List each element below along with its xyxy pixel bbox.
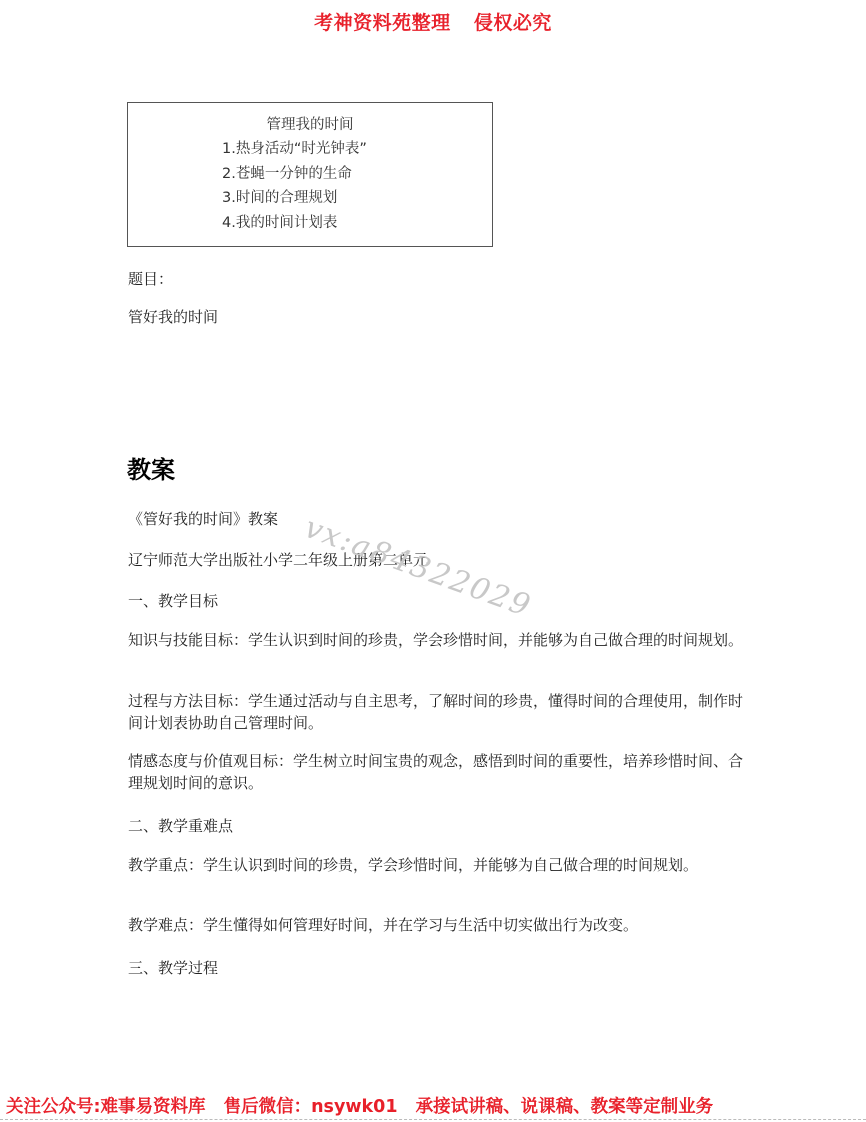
- paragraph-emotion-values: 情感态度与价值观目标：学生树立时间宝贵的观念，感悟到时间的重要性，培养珍惜时间、…: [128, 750, 743, 794]
- header-banner-right: 侵权必究: [474, 12, 552, 34]
- paragraph-process-method: 过程与方法目标：学生通过活动与自主思考，了解时间的珍贵，懂得时间的合理使用，制作…: [128, 690, 743, 734]
- outline-item: 4.我的时间计划表: [222, 211, 367, 236]
- header-banner: 考神资料苑整理 侵权必究: [0, 8, 866, 35]
- outline-list: 1.热身活动“时光钟表” 2.苍蝇一分钟的生命 3.时间的合理规划 4.我的时间…: [222, 137, 367, 235]
- lesson-plan-source: 辽宁师范大学出版社小学二年级上册第二单元: [128, 549, 743, 571]
- section-heading-key-points: 二、教学重难点: [128, 815, 743, 837]
- footer-banner-services: 承接试讲稿、说课稿、教案等定制业务: [416, 1097, 714, 1117]
- footer-banner-account: 关注公众号:难事易资料库: [6, 1097, 206, 1117]
- footer-banner-wechat: 售后微信：nsywk01: [224, 1097, 398, 1117]
- section-heading-objectives: 一、教学目标: [128, 590, 743, 612]
- topic-value: 管好我的时间: [128, 306, 743, 328]
- footer-banner: 关注公众号:难事易资料库 售后微信：nsywk01 承接试讲稿、说课稿、教案等定…: [6, 1093, 866, 1118]
- section-heading-process: 三、教学过程: [128, 957, 743, 979]
- outline-item: 3.时间的合理规划: [222, 186, 367, 211]
- outline-box: 管理我的时间 1.热身活动“时光钟表” 2.苍蝇一分钟的生命 3.时间的合理规划…: [127, 102, 493, 247]
- paragraph-key-point: 教学重点：学生认识到时间的珍贵，学会珍惜时间，并能够为自己做合理的时间规划。: [128, 854, 743, 876]
- lesson-plan-title: 《管好我的时间》教案: [128, 508, 743, 530]
- header-banner-left: 考神资料苑整理: [314, 12, 451, 34]
- footer-divider: [0, 1119, 866, 1120]
- outline-item: 1.热身活动“时光钟表”: [222, 137, 367, 162]
- topic-label: 题目：: [128, 268, 743, 290]
- paragraph-difficult-point: 教学难点：学生懂得如何管理好时间，并在学习与生活中切实做出行为改变。: [128, 914, 743, 936]
- lesson-plan-heading: 教案: [127, 450, 175, 485]
- outline-title: 管理我的时间: [128, 113, 492, 134]
- outline-item: 2.苍蝇一分钟的生命: [222, 162, 367, 187]
- paragraph-knowledge-skills: 知识与技能目标：学生认识到时间的珍贵，学会珍惜时间，并能够为自己做合理的时间规划…: [128, 629, 743, 651]
